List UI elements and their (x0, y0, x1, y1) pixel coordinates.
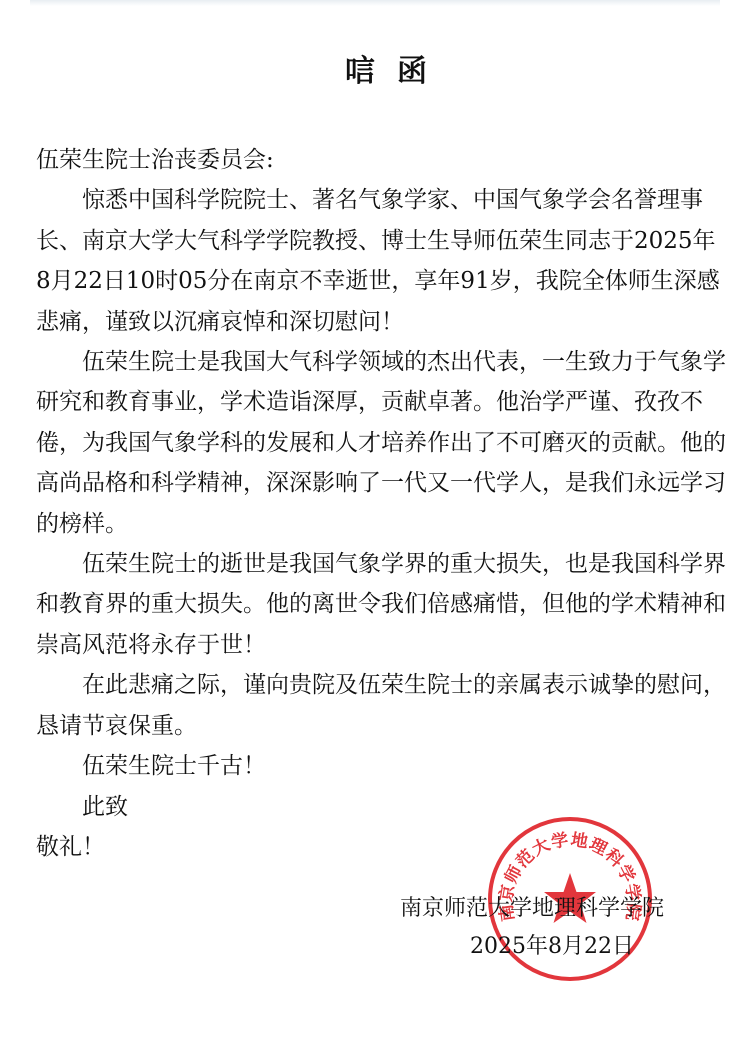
paragraph-loss: 伍荣生院士的逝世是我国气象学界的重大损失，也是我国科学界和教育界的重大损失。他的… (36, 544, 726, 665)
salutation: 伍荣生院士治丧委员会: (36, 140, 726, 180)
letter-body: 伍荣生院士治丧委员会: 惊悉中国科学院院士、著名气象学家、中国气象学会名誉理事长… (36, 140, 726, 867)
page-top-edge (30, 0, 720, 6)
document-title: 唁函 (0, 46, 750, 90)
signature-organization: 南京师范大学地理科学学院 (400, 890, 730, 928)
paragraph-farewell: 伍荣生院士千古！ (36, 746, 726, 786)
paragraph-condolence: 惊悉中国科学院院士、著名气象学家、中国气象学会名誉理事长、南京大学大气科学学院教… (36, 180, 726, 342)
paragraph-sympathy: 在此悲痛之际，谨向贵院及伍荣生院士的亲属表示诚挚的慰问，恳请节哀保重。 (36, 665, 726, 746)
paragraph-tribute: 伍荣生院士是我国大气科学领域的杰出代表，一生致力于气象学研究和教育事业，学术造诣… (36, 342, 726, 544)
signature-date: 2025年8月22日 (400, 928, 730, 966)
signature-block: 南京师范大学地理科学学院 2025年8月22日 (400, 890, 730, 966)
